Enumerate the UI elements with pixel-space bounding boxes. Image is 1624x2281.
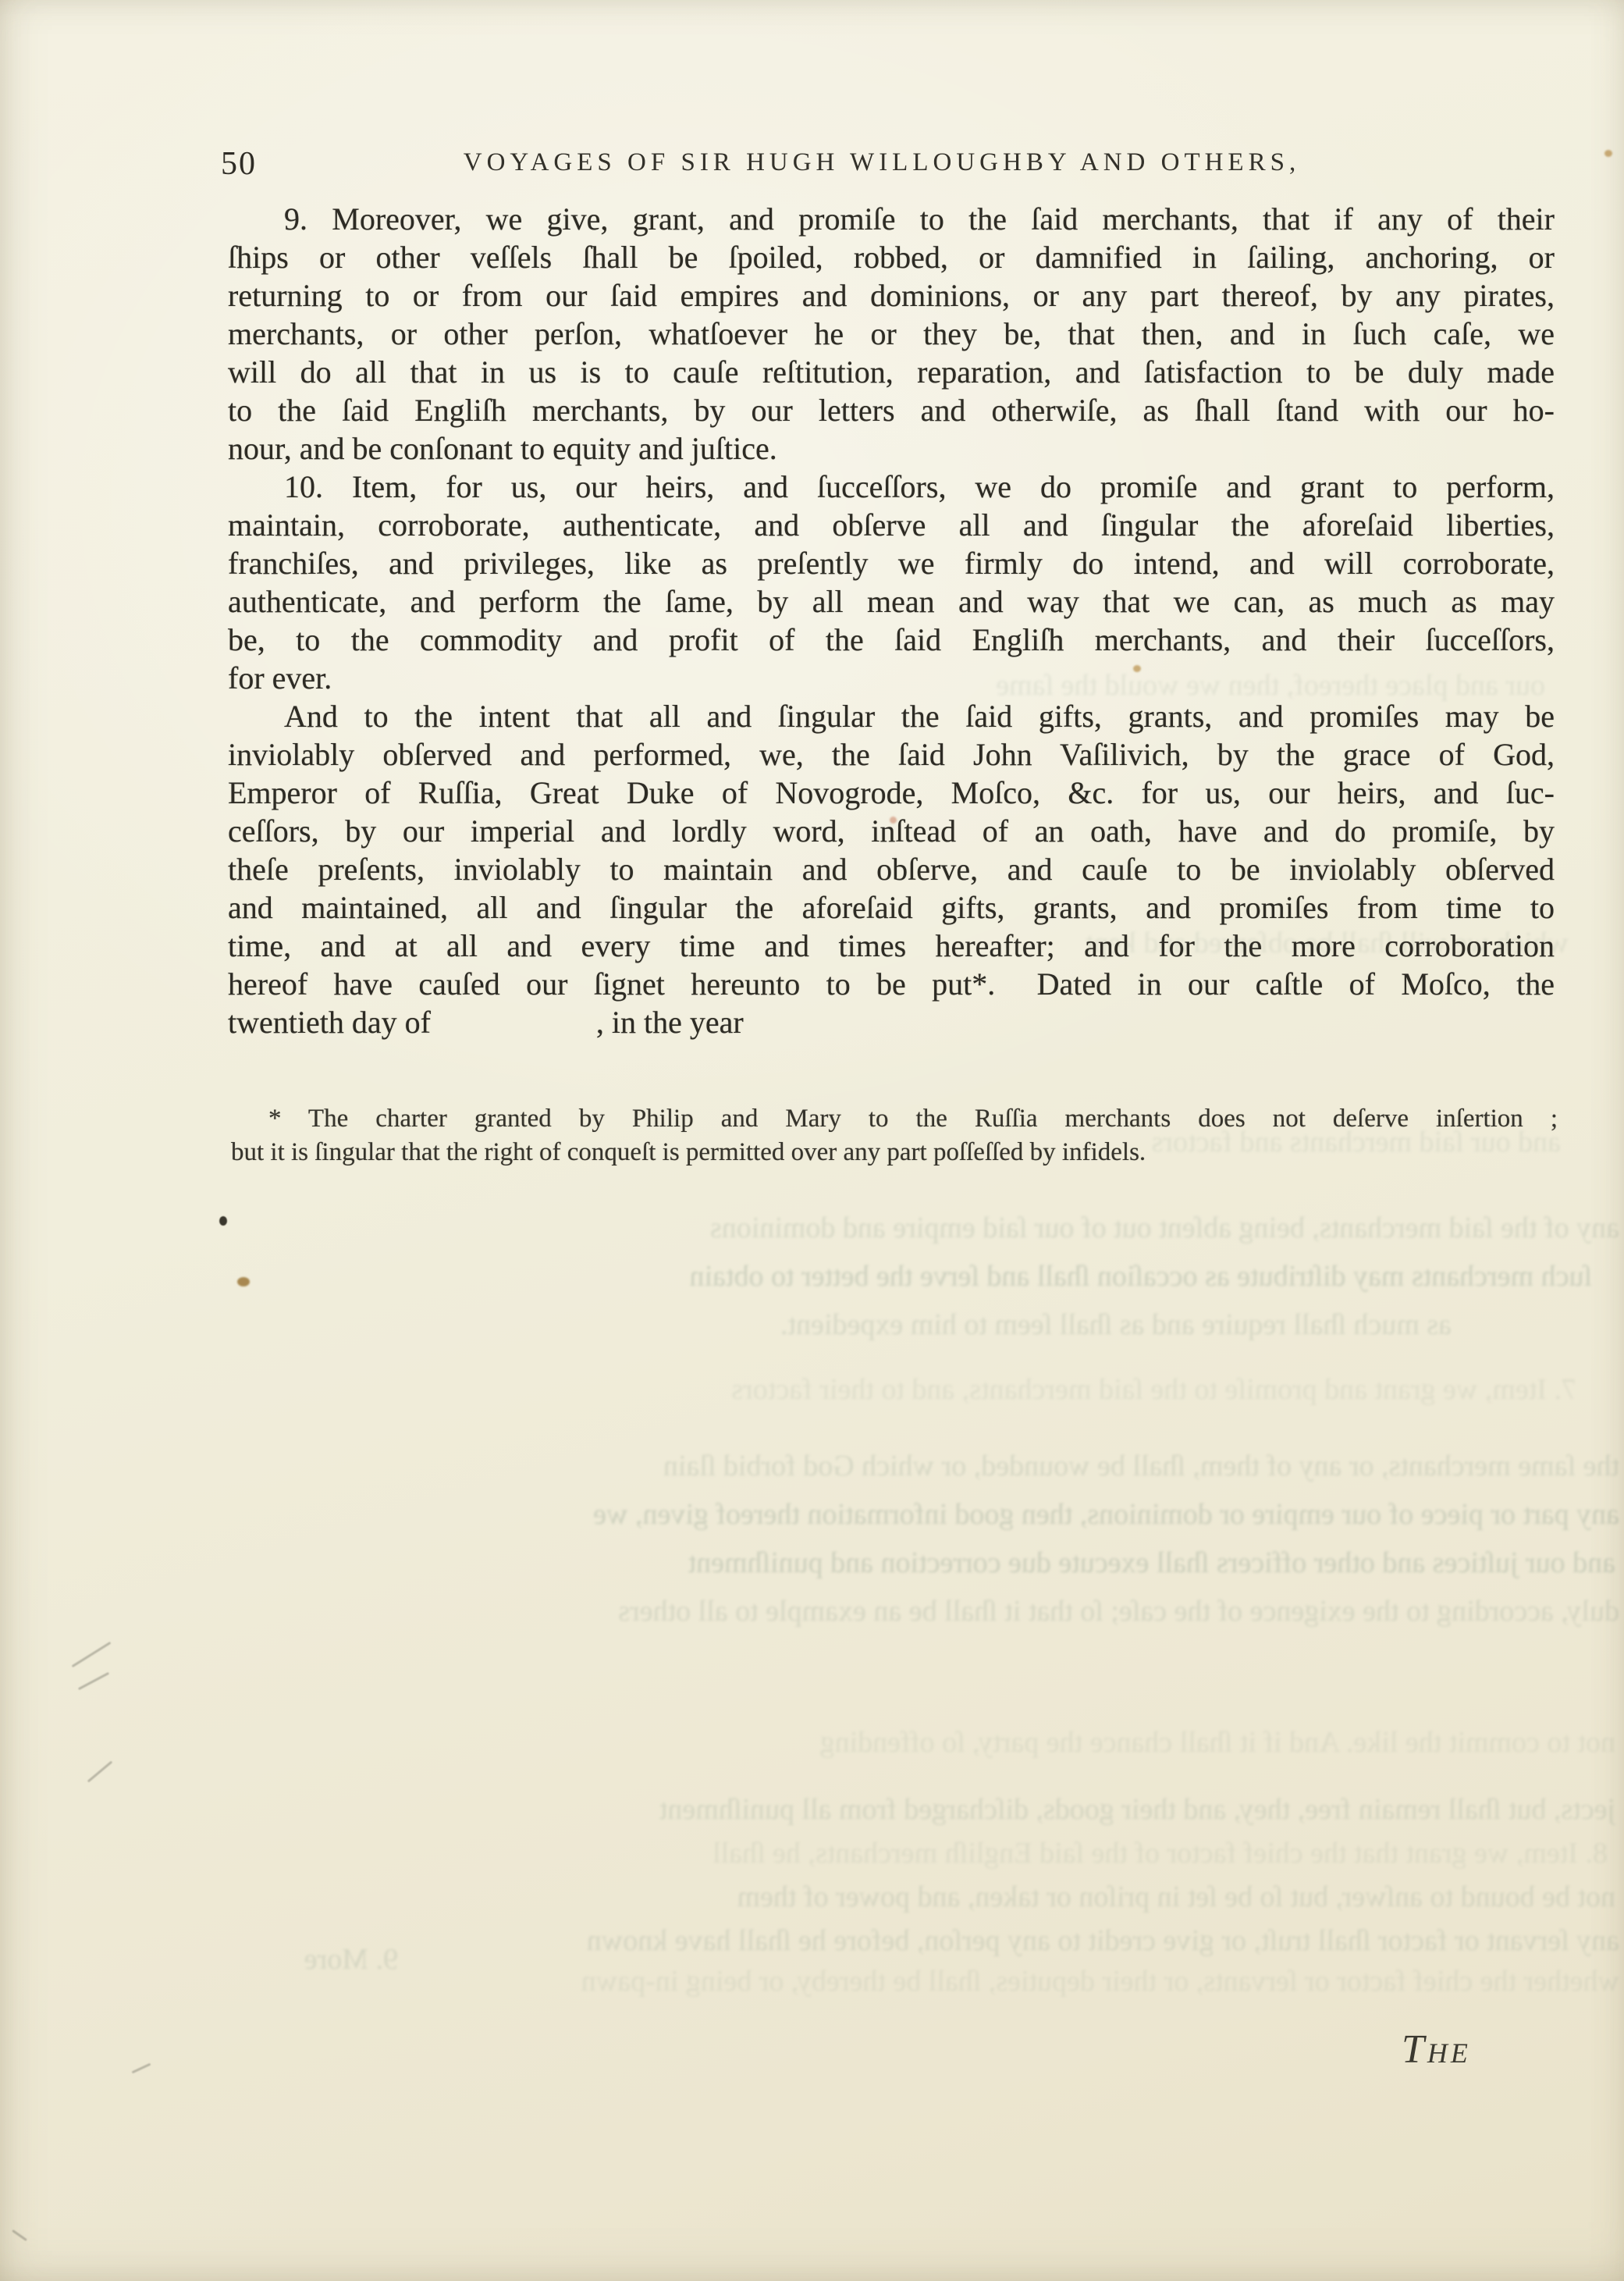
bleedthrough-line: not to commit the like. And if it ſhall …: [390, 1727, 1615, 1758]
text-line: time, and at all and every time and time…: [228, 927, 1555, 965]
bleedthrough-line: whether the chief factor or ſervants, or…: [258, 1966, 1619, 1997]
pencil-mark: [78, 1672, 109, 1690]
body-text: 9. Moreover, we give, grant, and promiſe…: [228, 200, 1555, 1041]
foxing-spot: [1604, 150, 1612, 157]
footnote-line: * The charter granted by Philip and Mary…: [231, 1102, 1558, 1136]
paragraph-10: 10. Item, for us, our heirs, and ſucceſſ…: [228, 468, 1555, 697]
text-line: franchiſes, and privileges, like as preſ…: [228, 544, 1555, 582]
bleedthrough-line: 9. More: [265, 1944, 398, 1975]
pencil-mark: [87, 1760, 113, 1782]
date-line-start: twentieth day of: [228, 1005, 431, 1040]
text-line: ſhips or other veſſels ſhall be ſpoiled,…: [228, 238, 1555, 276]
bleedthrough-line: any ſervant or factor ſhall truſt, or gi…: [258, 1925, 1619, 1956]
book-page-scan: our and place thereof, then we would the…: [0, 0, 1624, 2281]
bleedthrough-line: any of the ſaid merchants, being abſent …: [242, 1212, 1619, 1244]
text-line: hereof have cauſed our ſignet hereunto t…: [228, 965, 1555, 1003]
bleedthrough-line: jects, but ſhall remain free, they, and …: [297, 1794, 1615, 1825]
text-line: returning to or from our ſaid empires an…: [228, 276, 1555, 315]
text-line: ceſſors, by our imperial and lordly word…: [228, 812, 1555, 850]
pencil-mark: [72, 1642, 112, 1667]
footnote-line: but it is ſingular that the right of con…: [231, 1136, 1558, 1169]
pencil-mark: [132, 2063, 151, 2074]
bleedthrough-line: 7. Item, we grant and promiſe to the ſai…: [265, 1374, 1576, 1405]
catchword: The: [1402, 2027, 1471, 2073]
text-line: authenticate, and perform the ſame, by a…: [228, 582, 1555, 621]
pencil-mark: [12, 2229, 27, 2241]
page-number: 50: [221, 145, 257, 183]
text-line: nour, and be conſonant to equity and juſ…: [228, 429, 1555, 468]
text-line: to the ſaid Engliſh merchants, by our le…: [228, 391, 1555, 429]
foxing-spot: [237, 1277, 250, 1286]
paragraph-closing: And to the intent that all and ſingular …: [228, 697, 1555, 1041]
text-line-date: twentieth day of, in the year: [228, 1003, 1555, 1041]
text-line: inviolably obſerved and performed, we, t…: [228, 735, 1555, 774]
text-line: merchants, or other perſon, whatſoever h…: [228, 315, 1555, 353]
text-line: 10. Item, for us, our heirs, and ſucceſſ…: [228, 468, 1555, 506]
text-line: Emperor of Ruſſia, Great Duke of Novogro…: [228, 774, 1555, 812]
text-line: And to the intent that all and ſingular …: [228, 697, 1555, 735]
text-line: be, to the commodity and profit of the ſ…: [228, 621, 1555, 659]
text-line: maintain, corroborate, authenticate, and…: [228, 506, 1555, 544]
bleedthrough-line: duly, according to the exigence of the c…: [242, 1596, 1619, 1627]
footnote: * The charter granted by Philip and Mary…: [231, 1102, 1558, 1169]
text-line: theſe preſents, inviolably to maintain a…: [228, 850, 1555, 888]
bleedthrough-line: as much ſhall require and as ſhall ſeem …: [281, 1309, 1452, 1340]
text-line: 9. Moreover, we give, grant, and promiſe…: [228, 200, 1555, 238]
bleedthrough-line: and our juſtices and other officers ſhal…: [258, 1547, 1615, 1578]
bleedthrough-line: any part or piece of our empire or domin…: [242, 1499, 1619, 1530]
bleedthrough-line: the ſame merchants, or any of them, ſhal…: [242, 1450, 1619, 1482]
paragraph-9: 9. Moreover, we give, grant, and promiſe…: [228, 200, 1555, 468]
date-line-end: , in the year: [596, 1005, 744, 1040]
text-line: for ever.: [228, 659, 1555, 697]
text-line: and maintained, all and ſingular the afo…: [228, 888, 1555, 927]
running-header: VOYAGES OF SIR HUGH WILLOUGHBY AND OTHER…: [437, 148, 1327, 177]
ink-fleck: [219, 1216, 227, 1226]
bleedthrough-line: not be bound to anſwer, but ſo be ſet in…: [281, 1881, 1615, 1913]
bleedthrough-line: ſuch merchants may diſtribute as occaſio…: [242, 1261, 1592, 1292]
text-line: will do all that in us is to cauſe reſti…: [228, 353, 1555, 391]
bleedthrough-line: 8. Item, we grant that the chief factor …: [328, 1838, 1608, 1869]
